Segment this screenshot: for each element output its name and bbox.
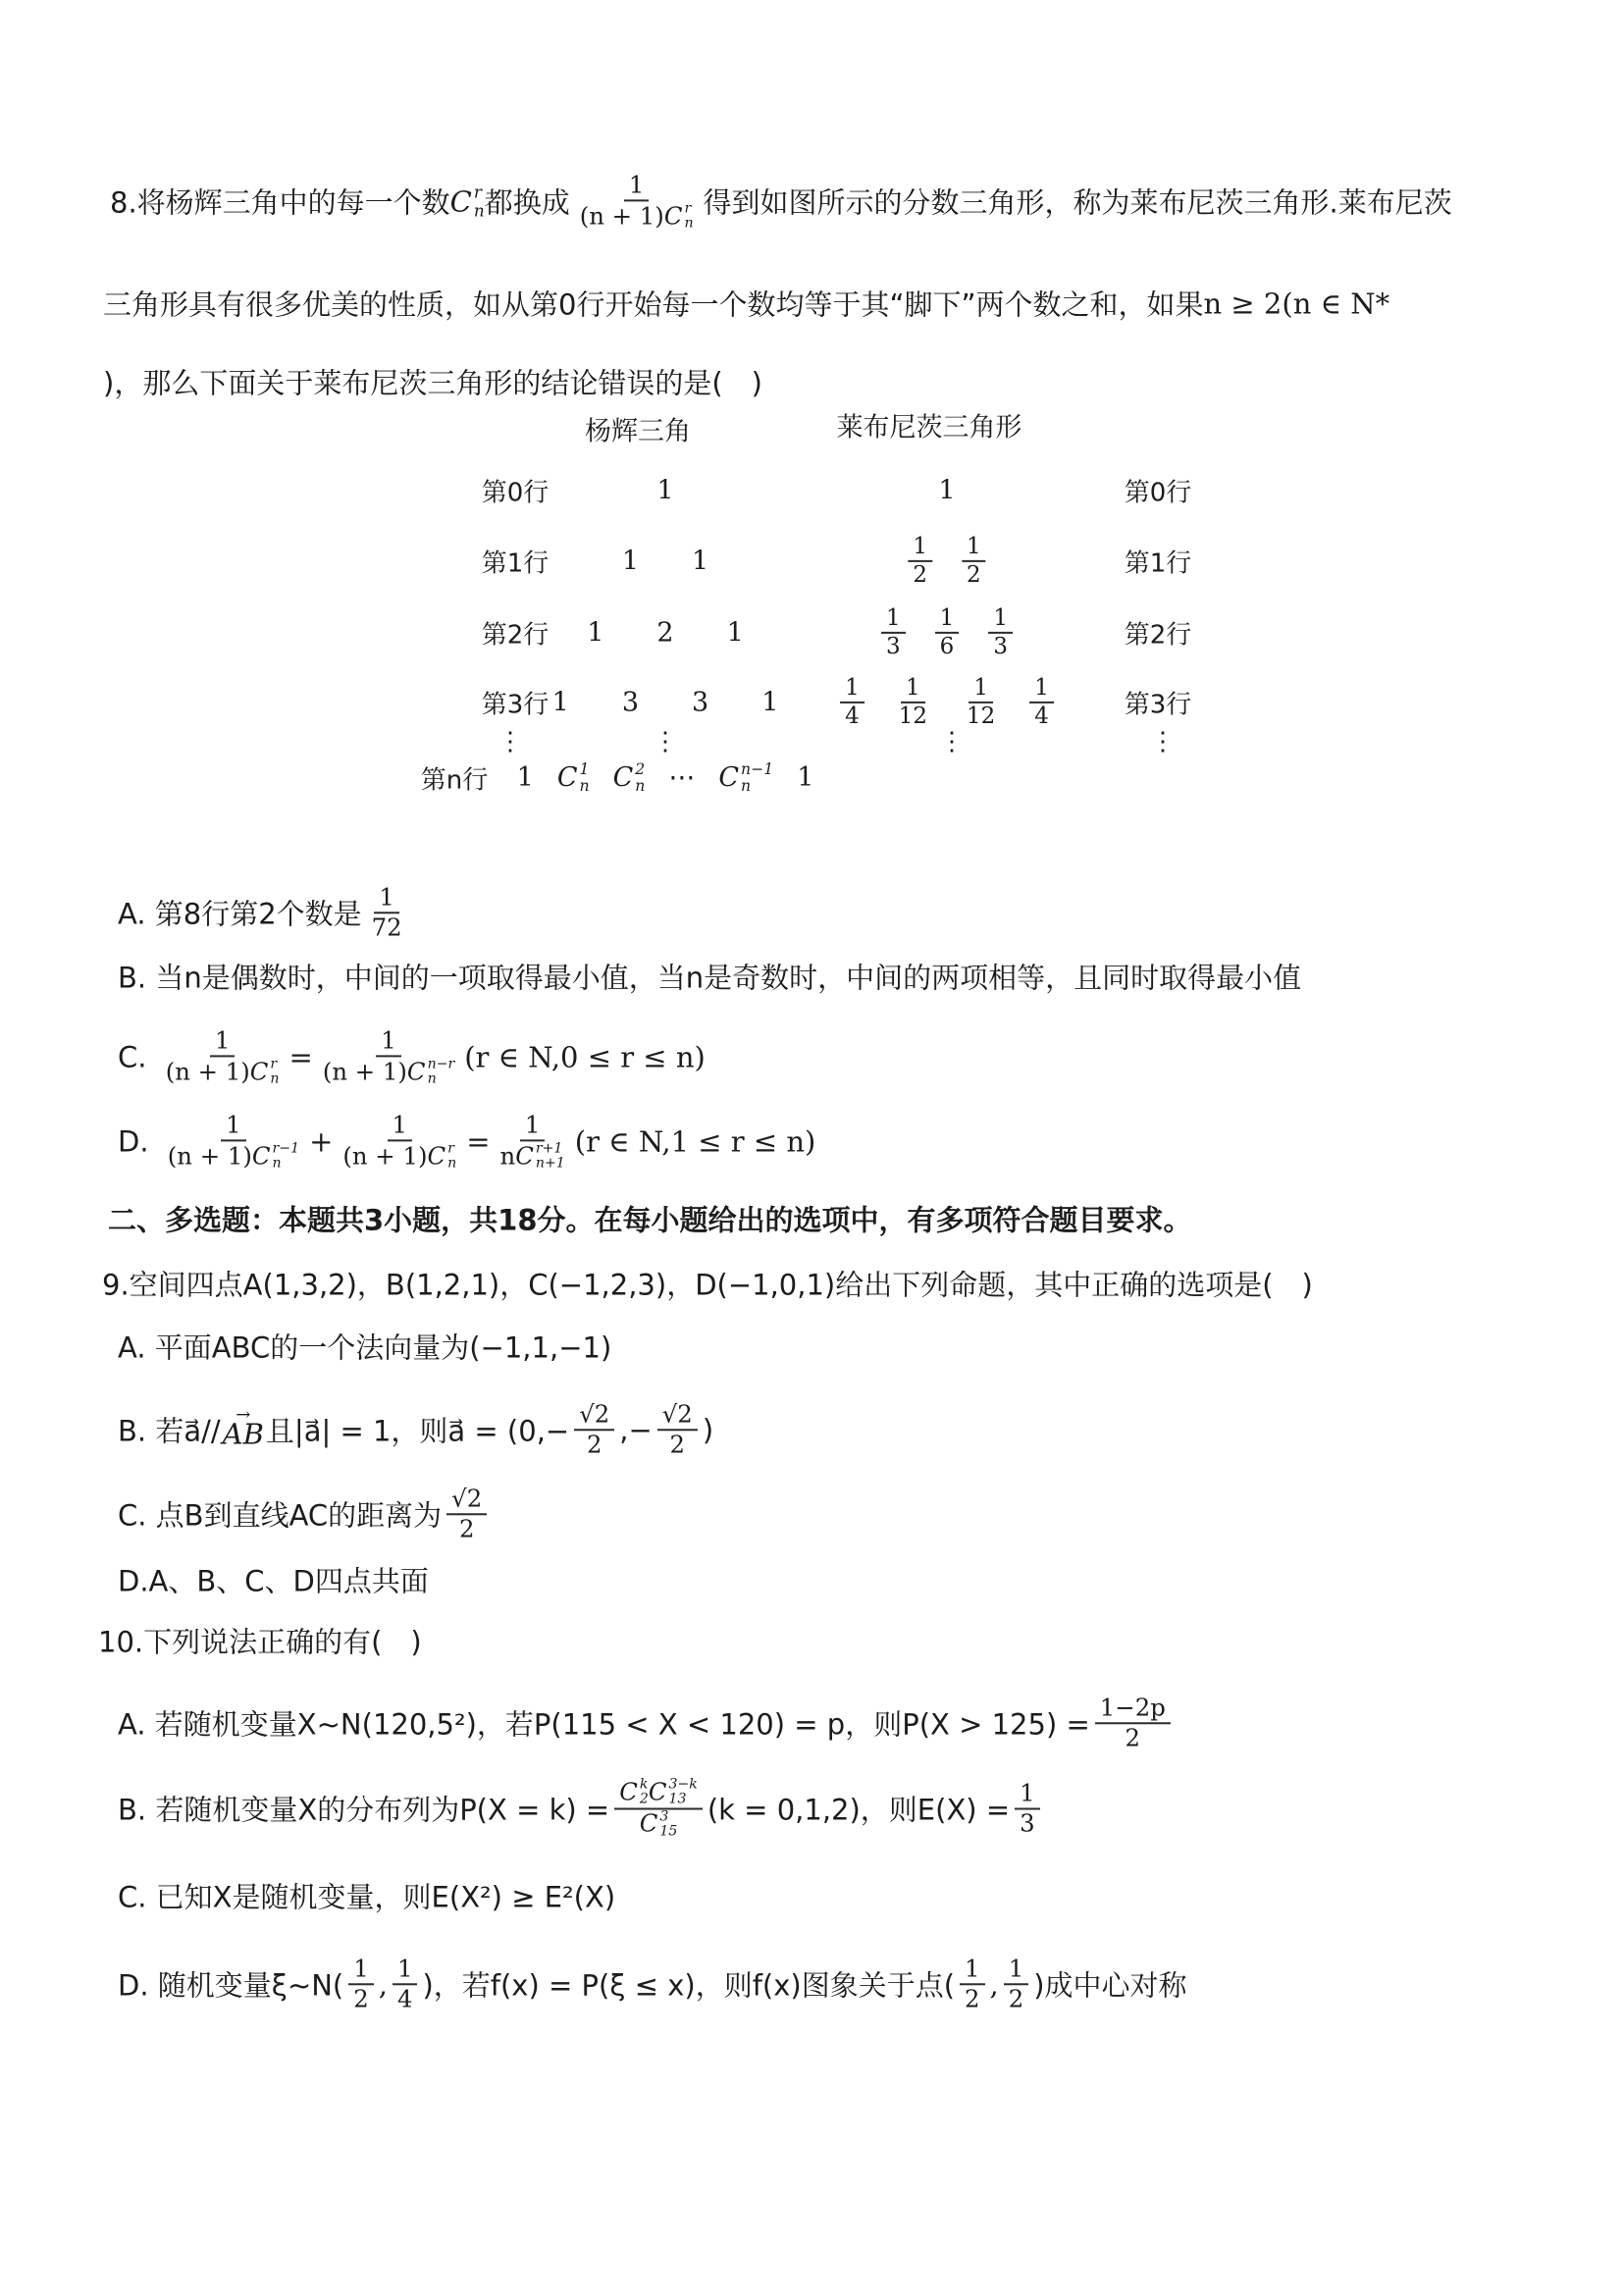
section-title: 二、多选题：本题共3小题，共18分。在每小题给出的选项中，有多项符合题目要求。 bbox=[108, 1199, 1192, 1239]
row-label-left: 第n行 bbox=[421, 760, 488, 797]
row-label-left: 第2行 bbox=[482, 615, 550, 652]
binom-scripts: rn bbox=[270, 1057, 279, 1087]
fraction-denominator: 12 bbox=[962, 704, 1000, 730]
binom-scripts: 1n bbox=[579, 761, 589, 795]
q10-option-c: C. 已知X是随机变量，则E(X²) ≥ E²(X) bbox=[118, 1876, 615, 1916]
binom-scripts: rn bbox=[684, 201, 693, 232]
leibniz-row: 12 12 bbox=[908, 534, 985, 589]
fraction-denominator: 3 bbox=[881, 634, 906, 660]
fraction: 13 bbox=[1015, 1779, 1040, 1837]
fraction-denominator: 3 bbox=[988, 634, 1013, 660]
fraction: 1−2p2 bbox=[1095, 1694, 1171, 1751]
triangle-cell: 3 bbox=[622, 688, 639, 718]
fraction-numerator: 1 bbox=[348, 1955, 374, 1985]
fraction-numerator: 1 bbox=[374, 883, 399, 913]
vector-base: AB bbox=[223, 1420, 264, 1448]
q8-stem-text-3: 得到如图所示的分数三角形，称为莱布尼茨三角形.莱布尼茨 bbox=[704, 181, 1452, 221]
fraction-denominator: 72 bbox=[367, 913, 407, 942]
option-text: ,− bbox=[619, 1413, 653, 1446]
triangle-cell: 2 bbox=[656, 618, 673, 649]
q10-option-b: B. 若随机变量X的分布列为P(X = k) = Ck2C3−k13 C315 … bbox=[118, 1778, 1045, 1840]
option-text: D. bbox=[118, 1124, 158, 1158]
option-text: B. 若a⃗// bbox=[118, 1410, 221, 1450]
fraction: 13 bbox=[988, 605, 1013, 660]
q8-option-c: C. 1 (n + 1)Crn = 1 (n + 1)Cn−rn (r ∈ N,… bbox=[118, 1026, 706, 1086]
q8-option-a: A. 第8行第2个数是 172 bbox=[118, 883, 412, 941]
binom-base: C bbox=[250, 1058, 269, 1086]
fraction-denominator: C315 bbox=[635, 1809, 683, 1840]
binom-base: C bbox=[718, 763, 739, 794]
binom-scripts: n−1n bbox=[741, 761, 773, 795]
fraction-denominator: 2 bbox=[1004, 1985, 1029, 2013]
triangle-cell: 1 bbox=[656, 476, 673, 506]
binom-base: C bbox=[252, 1142, 271, 1171]
q8-stem-math: n ≥ 2(n ∈ N* bbox=[1204, 287, 1390, 320]
fraction: 112 bbox=[962, 675, 1000, 730]
binom-sup: r bbox=[447, 1141, 456, 1156]
fraction-denominator: (n + 1)Crn bbox=[161, 1057, 285, 1087]
fraction-denominator: 3 bbox=[1015, 1809, 1040, 1838]
option-condition: (r ∈ N,1 ≤ r ≤ n) bbox=[575, 1124, 816, 1158]
section-2-header: 二、多选题：本题共3小题，共18分。在每小题给出的选项中，有多项符合题目要求。 bbox=[108, 1199, 1192, 1239]
binom-base: C bbox=[619, 1778, 638, 1806]
triangle-cell: 3 bbox=[692, 688, 708, 718]
fraction: 12 bbox=[960, 1955, 985, 2012]
triangle-cell: 1 bbox=[587, 618, 603, 649]
fraction: 14 bbox=[1029, 675, 1054, 730]
fraction-numerator: 1 bbox=[988, 605, 1013, 634]
option-text: C. 已知X是随机变量，则E(X²) ≥ E²(X) bbox=[118, 1876, 615, 1916]
math-binom-c15: C315 bbox=[640, 1809, 678, 1840]
q9-option-d: D.A、B、C、D四点共面 bbox=[118, 1560, 429, 1600]
fraction-numerator: 1 bbox=[393, 1955, 418, 1985]
math-binom-cnr1: Cr−1n bbox=[252, 1141, 299, 1172]
binom-scripts: 3−k13 bbox=[669, 1778, 698, 1808]
option-text: (k = 0,1,2)，则E(X) = bbox=[707, 1789, 1010, 1829]
vdots-icon: ⋮ bbox=[1150, 727, 1176, 757]
fraction: 1 (n + 1)Cr−1n bbox=[163, 1111, 304, 1171]
fraction-numerator: 1 bbox=[520, 1111, 546, 1141]
den-prefix: (n + 1) bbox=[342, 1142, 427, 1171]
triangles-figure: 杨辉三角 莱布尼茨三角形 第0行 1 1 第0行 第1行 1 1 12 12 第… bbox=[0, 400, 1623, 842]
row-label-right: 第1行 bbox=[1125, 544, 1192, 580]
triangle-cell: 1 bbox=[517, 763, 534, 794]
den-prefix: (n + 1) bbox=[323, 1058, 407, 1086]
option-text: A. 若随机变量X~N(120,5²)，若P(115 < X < 120) = … bbox=[118, 1703, 1090, 1744]
fraction-denominator: 6 bbox=[935, 634, 960, 660]
q8-stem-text-5: )，那么下面关于莱布尼茨三角形的结论错误的是( ) bbox=[103, 362, 762, 402]
binom-sub: n bbox=[635, 778, 645, 795]
vdots-icon: ⋮ bbox=[939, 727, 965, 757]
fraction-numerator: 1 bbox=[221, 1111, 246, 1141]
row-label-right: 第3行 bbox=[1125, 685, 1192, 721]
option-text: B. 若随机变量X的分布列为P(X = k) = bbox=[118, 1789, 609, 1829]
fraction-denominator: 2 bbox=[1121, 1724, 1146, 1752]
fraction: 1 (n + 1)Crn bbox=[338, 1111, 461, 1171]
binom-sub: n bbox=[428, 1071, 455, 1086]
fraction-denominator: 4 bbox=[840, 704, 864, 730]
binom-sub: 13 bbox=[669, 1793, 698, 1807]
math-binom-cnnr: Cn−rn bbox=[407, 1057, 454, 1087]
fraction-denominator: 2 bbox=[582, 1431, 607, 1459]
binom-sub: n bbox=[270, 1071, 279, 1086]
fraction: 12 bbox=[1004, 1955, 1029, 2012]
den-prefix: n bbox=[500, 1142, 516, 1171]
math-binom-cnr: Crn bbox=[427, 1141, 456, 1172]
binom-sub: n bbox=[447, 1156, 456, 1171]
binom-base: C bbox=[649, 1778, 667, 1806]
fraction-numerator: 1 bbox=[376, 1026, 401, 1057]
yanghui-row-n: 1 C1n C2n ⋯ Cn−1n 1 bbox=[517, 761, 814, 795]
q8-option-d: D. 1 (n + 1)Cr−1n + 1 (n + 1)Crn = 1 nCr… bbox=[118, 1111, 815, 1171]
fraction: 112 bbox=[894, 675, 932, 730]
fraction: 14 bbox=[393, 1955, 418, 2012]
binom-scripts: rn bbox=[474, 183, 485, 219]
leibniz-row: 13 16 13 bbox=[881, 605, 1013, 660]
fraction-denominator: (n + 1)Cn−rn bbox=[318, 1057, 459, 1087]
q8-stem-text-1: 8.将杨辉三角中的每一个数 bbox=[110, 181, 450, 221]
triangle-cell: 1 bbox=[727, 618, 744, 649]
q10-option-d: D. 随机变量ξ~N( 12 , 14 )，若f(x) = P(ξ ≤ x)，则… bbox=[118, 1955, 1187, 2012]
yanghui-title: 杨辉三角 bbox=[585, 410, 691, 448]
fraction: 13 bbox=[881, 605, 906, 660]
math-binom-cnr: Crn bbox=[250, 1057, 280, 1087]
q8-stem-text-4: 三角形具有很多优美的性质，如从第0行开始每一个数均等于其“脚下”两个数之和，如果 bbox=[103, 284, 1204, 324]
fraction-numerator: 1 bbox=[388, 1111, 413, 1141]
fraction-numerator: Ck2C3−k13 bbox=[614, 1778, 703, 1810]
binom-sup: n−r bbox=[428, 1057, 455, 1071]
binom-sup: r bbox=[270, 1057, 279, 1071]
fraction-numerator: 1−2p bbox=[1095, 1694, 1171, 1724]
fraction-numerator: √2 bbox=[574, 1400, 614, 1431]
fraction: √22 bbox=[657, 1400, 698, 1458]
math-binom-cn2: C2n bbox=[613, 761, 646, 795]
den-prefix: (n + 1) bbox=[168, 1142, 252, 1171]
q10-option-a: A. 若随机变量X~N(120,5²)，若P(115 < X < 120) = … bbox=[118, 1694, 1176, 1751]
fraction: Ck2C3−k13 C315 bbox=[614, 1778, 703, 1840]
fraction-numerator: 1 bbox=[1015, 1779, 1040, 1809]
binom-sub: 15 bbox=[659, 1824, 677, 1839]
math-binom-cn1: C1n bbox=[557, 761, 590, 795]
binom-sup: k bbox=[640, 1778, 649, 1793]
binom-base: C bbox=[557, 763, 578, 794]
fraction: 1 (n + 1)Crn bbox=[575, 171, 699, 231]
fraction-denominator: 2 bbox=[908, 562, 932, 589]
fraction-denominator: (n + 1)Crn bbox=[575, 201, 699, 232]
binom-scripts: n−rn bbox=[428, 1057, 455, 1087]
leibniz-title: 莱布尼茨三角形 bbox=[837, 406, 1022, 444]
fraction-numerator: 1 bbox=[962, 534, 986, 562]
fraction-denominator: 2 bbox=[960, 1985, 985, 2013]
triangle-cell: 1 bbox=[552, 688, 569, 718]
equals-sign: = bbox=[289, 1040, 313, 1073]
fraction-numerator: 1 bbox=[1029, 675, 1054, 704]
fraction-denominator: 2 bbox=[348, 1985, 374, 2013]
fraction-numerator: 1 bbox=[881, 605, 906, 634]
vdots-icon: ⋮ bbox=[497, 727, 523, 757]
fraction-denominator: (n + 1)Cr−1n bbox=[163, 1141, 304, 1172]
binom-sub: n bbox=[579, 778, 589, 795]
comma: , bbox=[379, 1967, 388, 2001]
hdots-icon: ⋯ bbox=[668, 763, 695, 794]
fraction-numerator: √2 bbox=[657, 1400, 698, 1431]
q8-option-b: B. 当n是偶数时，中间的一项取得最小值，当n是奇数时，中间的两项相等，且同时取… bbox=[118, 957, 1301, 997]
math-binom-c2k: Ck2 bbox=[619, 1778, 649, 1808]
fraction: 16 bbox=[935, 605, 960, 660]
comma: , bbox=[990, 1967, 999, 2001]
option-text: D. 随机变量ξ~N( bbox=[118, 1964, 343, 2005]
q8-stem-line-3: )，那么下面关于莱布尼茨三角形的结论错误的是( ) bbox=[103, 362, 762, 402]
option-text: ) bbox=[703, 1413, 713, 1446]
fraction: 172 bbox=[367, 883, 407, 941]
fraction-numerator: 1 bbox=[901, 675, 925, 704]
fraction: √22 bbox=[574, 1400, 614, 1458]
q9-stem-text: 9.空间四点A(1,3,2)，B(1,2,1)，C(−1,2,3)，D(−1,0… bbox=[102, 1264, 1313, 1304]
row-label-left: 第0行 bbox=[482, 473, 550, 509]
q8-stem-line-2: 三角形具有很多优美的性质，如从第0行开始每一个数均等于其“脚下”两个数之和，如果… bbox=[103, 284, 1389, 324]
math-binom-cnr: Crn bbox=[450, 183, 485, 219]
fraction: 12 bbox=[962, 534, 986, 589]
vdots-icon: ⋮ bbox=[653, 727, 678, 757]
q8-stem-text-2: 都换成 bbox=[485, 181, 570, 221]
fraction-numerator: 1 bbox=[969, 675, 993, 704]
math-binom-c13: C3−k13 bbox=[649, 1778, 698, 1808]
q9-stem: 9.空间四点A(1,3,2)，B(1,2,1)，C(−1,2,3)，D(−1,0… bbox=[102, 1264, 1313, 1304]
binom-sub: n bbox=[741, 778, 773, 795]
fraction-numerator: 1 bbox=[935, 605, 960, 634]
option-text: )成中心对称 bbox=[1033, 1964, 1186, 2005]
option-text: C. 点B到直线AC的距离为 bbox=[118, 1494, 442, 1535]
plus-sign: + bbox=[309, 1124, 333, 1158]
leibniz-row: 14 112 112 14 bbox=[840, 675, 1054, 730]
binom-sup: r bbox=[474, 183, 485, 201]
fraction: 12 bbox=[908, 534, 932, 589]
binom-sub: n bbox=[273, 1156, 300, 1171]
fraction-numerator: √2 bbox=[446, 1485, 487, 1515]
q9-option-b: B. 若a⃗// →AB 且|a⃗| = 1，则a⃗ = (0,− √22 ,−… bbox=[118, 1400, 713, 1458]
q10-stem-text: 10.下列说法正确的有( ) bbox=[98, 1621, 422, 1661]
binom-base: C bbox=[664, 202, 683, 231]
triangle-cell: 1 bbox=[761, 688, 778, 718]
fraction: 1 (n + 1)Crn bbox=[161, 1026, 285, 1086]
option-text: C. bbox=[118, 1040, 156, 1073]
den-prefix: (n + 1) bbox=[166, 1058, 250, 1086]
math-binom-cn1r1: Cr+1n+1 bbox=[515, 1141, 565, 1172]
binom-scripts: k2 bbox=[640, 1778, 649, 1808]
option-condition: (r ∈ N,0 ≤ r ≤ n) bbox=[464, 1040, 706, 1073]
binom-scripts: r−1n bbox=[273, 1141, 300, 1172]
triangle-cell: 1 bbox=[797, 763, 813, 794]
fraction: 12 bbox=[348, 1955, 374, 2012]
binom-scripts: rn bbox=[447, 1141, 456, 1172]
fraction: 1 (n + 1)Cn−rn bbox=[318, 1026, 459, 1086]
binom-sup: 3 bbox=[659, 1809, 677, 1824]
q9-option-a: A. 平面ABC的一个法向量为(−1,1,−1) bbox=[118, 1327, 611, 1367]
option-text: )，若f(x) = P(ξ ≤ x)，则f(x)图象关于点( bbox=[422, 1964, 955, 2005]
option-text: A. 平面ABC的一个法向量为(−1,1,−1) bbox=[118, 1327, 611, 1367]
q8-stem-line-1: 8.将杨辉三角中的每一个数 Crn 都换成 1 (n + 1)Crn 得到如图所… bbox=[110, 171, 1452, 231]
math-binom-cnr: Crn bbox=[664, 201, 694, 232]
row-label-right: 第2行 bbox=[1125, 615, 1192, 652]
fraction-denominator: 2 bbox=[962, 562, 986, 589]
fraction-numerator: 1 bbox=[210, 1026, 236, 1057]
binom-sub: n bbox=[684, 216, 693, 231]
triangle-cell: 1 bbox=[938, 476, 955, 506]
binom-sub: n bbox=[474, 201, 485, 219]
binom-sup: r−1 bbox=[273, 1141, 300, 1156]
binom-sub: 2 bbox=[640, 1793, 649, 1807]
binom-sup: r+1 bbox=[536, 1141, 565, 1156]
fraction-denominator: 4 bbox=[1029, 704, 1054, 730]
binom-base: C bbox=[407, 1058, 426, 1086]
option-text: A. 第8行第2个数是 bbox=[118, 893, 362, 933]
option-text: D.A、B、C、D四点共面 bbox=[118, 1560, 429, 1600]
binom-base: C bbox=[613, 763, 634, 794]
row-label-right: 第0行 bbox=[1125, 473, 1192, 509]
leibniz-row: 1 bbox=[938, 476, 955, 506]
exam-page: 8.将杨辉三角中的每一个数 Crn 都换成 1 (n + 1)Crn 得到如图所… bbox=[0, 0, 1623, 2296]
fraction: 1 nCr+1n+1 bbox=[496, 1111, 570, 1171]
equals-sign: = bbox=[466, 1124, 490, 1158]
vector-ab: →AB bbox=[223, 1411, 264, 1449]
binom-scripts: 2n bbox=[635, 761, 645, 795]
yanghui-row: 1 3 3 1 bbox=[552, 688, 779, 718]
row-label-left: 第1行 bbox=[482, 544, 550, 580]
yanghui-row: 1 bbox=[656, 476, 673, 506]
fraction: √22 bbox=[446, 1485, 487, 1542]
binom-base: C bbox=[515, 1142, 534, 1171]
option-text: B. 当n是偶数时，中间的一项取得最小值，当n是奇数时，中间的两项相等，且同时取… bbox=[118, 957, 1301, 997]
yanghui-row: 1 2 1 bbox=[587, 618, 744, 649]
row-label-left: 第3行 bbox=[482, 685, 550, 721]
triangle-cell: 1 bbox=[692, 547, 708, 577]
binom-sup: 3−k bbox=[669, 1778, 698, 1793]
q9-option-c: C. 点B到直线AC的距离为 √22 bbox=[118, 1485, 492, 1542]
fraction-denominator: 12 bbox=[894, 704, 932, 730]
fraction-numerator: 1 bbox=[960, 1955, 985, 1985]
fraction-numerator: 1 bbox=[840, 675, 864, 704]
binom-scripts: 315 bbox=[659, 1809, 677, 1840]
fraction-numerator: 1 bbox=[908, 534, 932, 562]
fraction-denominator: 2 bbox=[665, 1431, 691, 1459]
yanghui-row: 1 1 bbox=[622, 547, 708, 577]
fraction-denominator: (n + 1)Crn bbox=[338, 1141, 461, 1172]
q10-stem: 10.下列说法正确的有( ) bbox=[98, 1621, 422, 1661]
fraction: 14 bbox=[840, 675, 864, 730]
binom-scripts: r+1n+1 bbox=[536, 1141, 565, 1172]
fraction-denominator: 4 bbox=[393, 1985, 418, 2013]
fraction-numerator: 1 bbox=[624, 171, 650, 201]
binom-base: C bbox=[640, 1810, 658, 1839]
triangle-cell: 1 bbox=[622, 547, 639, 577]
option-text: 且|a⃗| = 1，则a⃗ = (0,− bbox=[266, 1410, 569, 1450]
binom-sub: n+1 bbox=[536, 1156, 565, 1171]
binom-base: C bbox=[450, 184, 472, 218]
binom-sup: r bbox=[684, 201, 693, 216]
math-binom-cnn1: Cn−1n bbox=[718, 761, 773, 795]
den-prefix: (n + 1) bbox=[580, 202, 664, 231]
fraction-numerator: 1 bbox=[1004, 1955, 1029, 1985]
binom-base: C bbox=[427, 1142, 445, 1171]
fraction-denominator: nCr+1n+1 bbox=[496, 1141, 570, 1172]
fraction-denominator: 2 bbox=[454, 1515, 480, 1543]
